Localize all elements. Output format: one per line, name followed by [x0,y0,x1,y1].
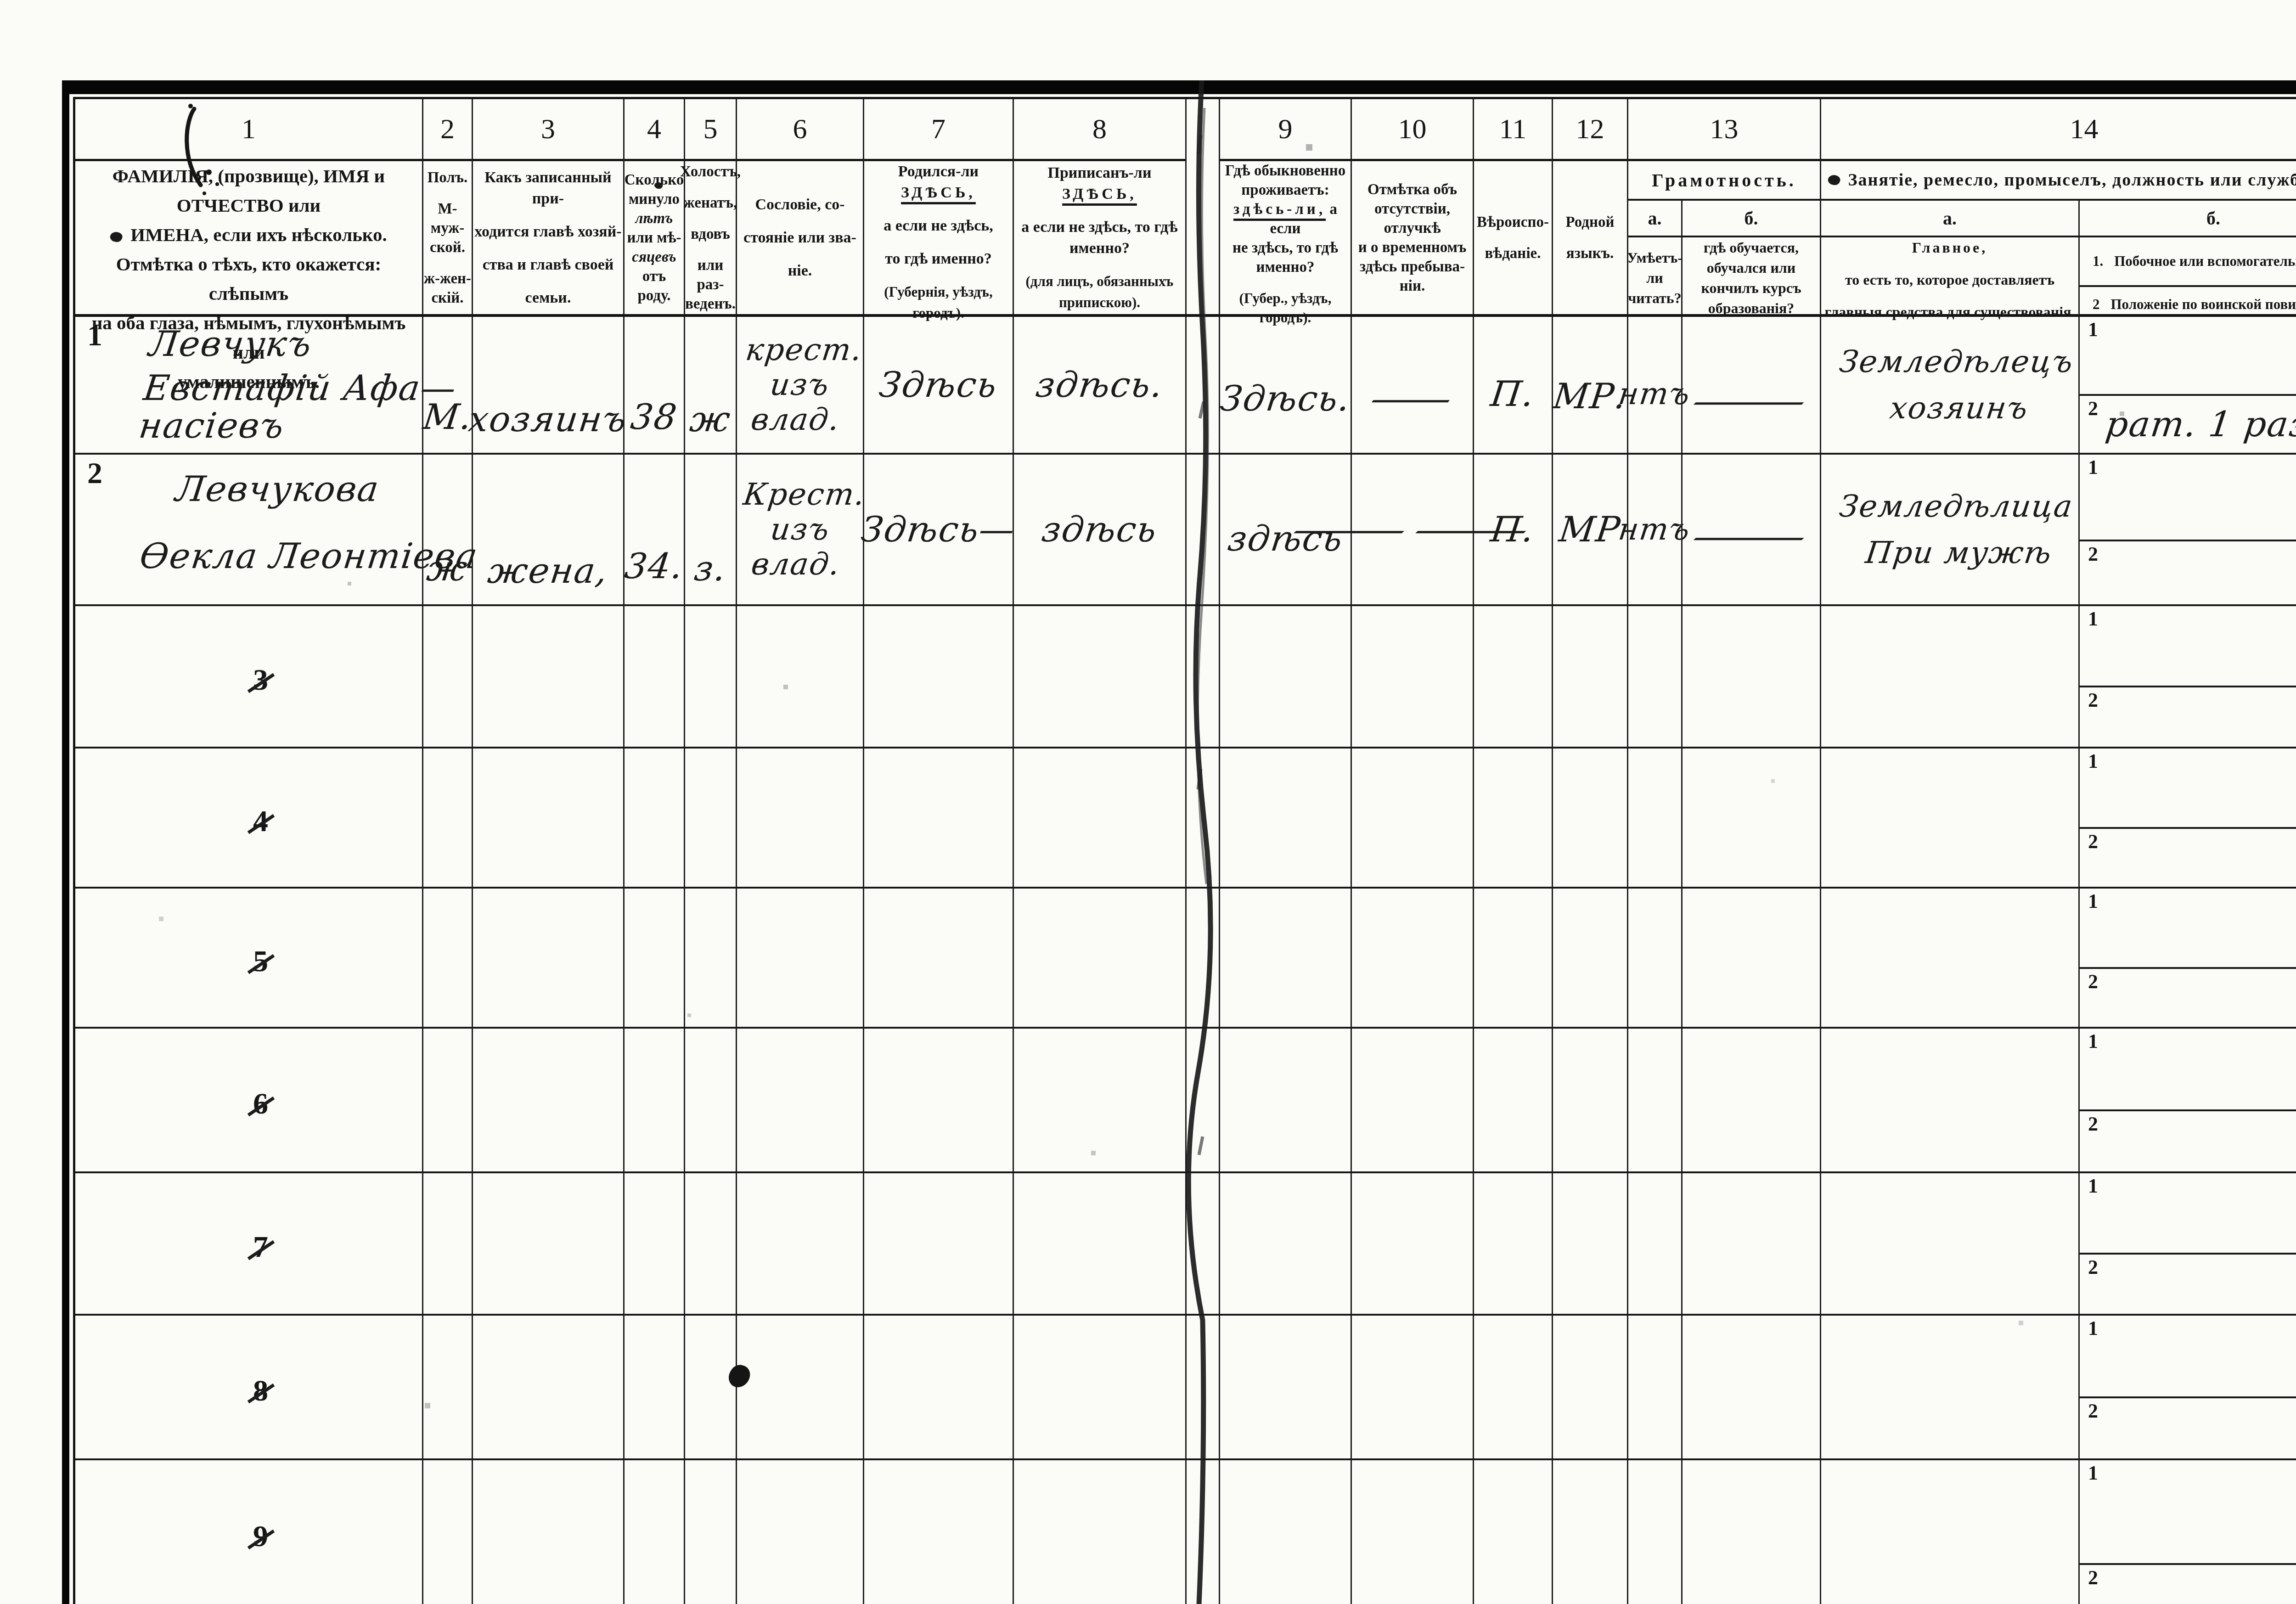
sub-col-b-label: б. [2080,201,2296,237]
table-row: 4 1 2 [75,749,2296,889]
header-col-4: 4 Сколько минуло лѣтъ или мѣ- сяцевъ отъ… [625,99,685,317]
cell-absence [1352,889,1474,1029]
cell-occupation-a: Земледѣлица При мужѣ [1821,455,2080,604]
cell-occupation-b: 1 2 рат. 1 раз. [2080,317,2296,453]
cell-occupation-b: 1 2 [2080,1029,2296,1171]
cell-occupation-b: 1 2 [2080,455,2296,604]
header-text: ніе. [788,260,812,281]
header-text: кончилъ курсъ [1701,278,1801,298]
cell-absence [1352,1460,1474,1604]
header-text: ж-жен- [424,269,471,288]
cell-occupation: Земледѣлецъ хозяинъ 1 2 рат. 1 раз. [1821,317,2296,455]
cell-literacy [1628,1460,1821,1604]
subrow-number: 1 [2088,320,2098,340]
header-text: Родился-ли [898,163,979,180]
header-text: не здѣсь, то гдѣ [1232,238,1338,258]
binding-fold-cell [1187,1173,1220,1316]
cell-sex: М. [423,317,473,455]
cell-estate [737,889,864,1029]
group-title-literacy: Грамотность. [1628,161,1820,201]
cell-literacy-b [1683,1316,1820,1458]
cell-occupation: 1 2 [1821,749,2296,889]
cell-literacy-b [1683,749,1820,887]
table-header: 1 ФАМИЛІЯ, (прозвище), ИМЯ и ОТЧЕСТВО ил… [75,99,2296,317]
cell-language [1553,749,1628,889]
cell-occupation-a [1821,1460,2080,1604]
cell-marital [685,1173,737,1316]
cell-sex [423,1460,473,1604]
cell-born: Здѣсь [864,317,1014,455]
header-text: сяцевъ [632,248,676,267]
header-text: Умѣетъ- [1627,248,1683,268]
cell-literacy [1628,606,1821,749]
col-number: 7 [931,113,945,146]
header-text: Приписанъ-ли [1047,164,1151,181]
cell-occupation: 1 2 [1821,1173,2296,1316]
cell-occupation-b: 1 2 [2080,749,2296,887]
header-col-6: 6 Сословіе, со- стояніе или зва- ніе. [737,99,864,317]
cell-religion [1474,1460,1553,1604]
col-number: 6 [793,113,807,146]
cell-sex [423,606,473,749]
binding-fold-header [1187,99,1220,317]
row-number: 7 [253,1232,268,1262]
list-number: 1. [2093,253,2103,270]
cell-literacy-b [1683,889,1820,1027]
subrow-number: 2 [2088,1114,2098,1134]
header-text: Полъ. [428,168,468,187]
table-row: 1 Левчукъ Евстафій Афа— насіевъ М. хозяи… [75,317,2296,455]
subrow-number: 1 [2088,1031,2098,1052]
subrow-number: 1 [2088,1463,2098,1483]
cell-occupation-b: 1 2 [2080,1173,2296,1314]
cell-registered [1014,1460,1187,1604]
cell-relation [473,1316,625,1460]
cell-literacy: нтъ — [1628,317,1821,455]
cell-born [864,1316,1014,1460]
hw-given-name: насіевъ [137,407,454,445]
header-text: женатъ, [684,193,737,213]
cell-age: 38 [625,317,685,455]
cell-name: 5 [75,889,423,1029]
cell-literacy-a [1628,749,1683,887]
cell-occupation-a [1821,749,2080,887]
header-text: Отмѣтка объ [1367,180,1457,199]
header-text: Какъ записанный при- [473,167,623,209]
group-title-occupation: Занятіе, ремесло, промыселъ, должность и… [1821,161,2296,201]
hw-military-status: рат. 1 раз. [2104,405,2296,443]
cell-occupation-b: 1 2 [2080,1316,2296,1458]
cell-resides [1220,606,1352,749]
subcell-military: 2 [2080,687,2296,747]
subcell-military: 2 [2080,829,2296,887]
cell-relation [473,1460,625,1604]
header-text: стояніе или зва- [743,227,856,248]
cell-relation [473,749,625,889]
cell-absence [1352,1316,1474,1460]
table-row: 2 Левчукова Ѳекла Леонтіева ж жена, 34. … [75,455,2296,606]
cell-resides [1220,1316,1352,1460]
subrow-number: 1 [2088,1176,2098,1196]
subrow-number: 2 [2088,1568,2098,1588]
header-text: Положеніе по воинской повинности. [2111,296,2296,313]
cell-registered [1014,606,1187,749]
cell-age [625,606,685,749]
header-text: здѣсь пребыва- [1360,257,1465,276]
cell-registered [1014,1029,1187,1173]
table-row: 5 1 2 [75,889,2296,1029]
cell-relation [473,1029,625,1173]
cell-sex [423,889,473,1029]
cell-born [864,606,1014,749]
cell-relation [473,889,625,1029]
header-col-10: 10 Отмѣтка объ отсутствіи, отлучкѣ и о в… [1352,99,1474,317]
subcell-secondary: 1 [2080,889,2296,969]
header-text: отсутствіи, отлучкѣ [1352,199,1473,238]
cell-name: 6 [75,1029,423,1173]
cell-language [1553,606,1628,749]
hw-surname: Левчукъ [147,325,464,363]
header-text: обучался или [1707,258,1795,278]
cell-sex [423,1173,473,1316]
cell-occupation-a: Земледѣлецъ хозяинъ [1821,317,2080,453]
cell-absence [1352,749,1474,889]
subrow-number: 2 [2088,690,2098,710]
header-text: ской. [430,238,465,257]
cell-marital: з. [685,455,737,606]
header-text: именно? [1069,238,1130,259]
header-text: а если не здѣсь, то гдѣ [1021,217,1177,238]
row-number: 8 [253,1376,268,1406]
cell-literacy-a [1628,1173,1683,1314]
cell-language [1553,1460,1628,1604]
cell-literacy-a [1628,1316,1683,1458]
header-text-underlined: здѣсь-ли, [1233,201,1326,218]
header-text: лѣтъ [635,209,673,228]
header-text: ФАМИЛІЯ, (прозвище), ИМЯ и ОТЧЕСТВО или [75,161,422,220]
cell-religion: П. [1474,455,1553,606]
table-row: 8 1 2 [75,1316,2296,1460]
header-col-9: 9 Гдѣ обыкновенно проживаетъ: здѣсь-ли, … [1220,99,1352,317]
cell-language: МР [1553,455,1628,606]
header-text: ніи. [1400,276,1425,296]
subcell-secondary: 1 [2080,1460,2296,1565]
row-number: 6 [253,1089,268,1119]
header-text: языкъ. [1566,244,1614,263]
subcell-secondary: 1 [2080,1029,2296,1111]
cell-registered: здѣсь [1014,455,1187,606]
cell-estate [737,1173,864,1316]
cell-absence [1352,606,1474,749]
binding-fold-cell [1187,749,1220,889]
cell-resides [1220,1460,1352,1604]
cell-literacy-a [1628,889,1683,1027]
header-text: Вѣроиспо- [1477,213,1549,232]
subcell-military: 2 [2080,1565,2296,1604]
cell-sex [423,1029,473,1173]
header-text: Побочное или вспомогательное. [2114,253,2296,270]
cell-marital [685,1029,737,1173]
subcell-military: 2 [2080,1255,2296,1314]
cell-resides [1220,1029,1352,1173]
cell-born [864,1029,1014,1173]
cell-religion [1474,1173,1553,1316]
cell-literacy-a: нтъ [1628,455,1683,604]
cell-born [864,1173,1014,1316]
cell-name: 7 [75,1173,423,1316]
cell-born [864,889,1014,1029]
cell-age [625,889,685,1029]
binding-fold-cell [1187,606,1220,749]
cell-name: 9 [75,1460,423,1604]
cell-estate [737,1316,864,1460]
row-number: 3 [253,665,268,695]
cell-name: 3 [75,606,423,749]
header-col-3: 3 Какъ записанный при- ходится главѣ хоз… [473,99,625,317]
subrow-number: 1 [2088,891,2098,912]
cell-occupation-b: 1 2 [2080,1460,2296,1604]
header-text: веденъ. [685,294,736,314]
cell-occupation: 1 2 [1821,1460,2296,1604]
cell-registered [1014,889,1187,1029]
census-form-page: 1 ФАМИЛІЯ, (прозвище), ИМЯ и ОТЧЕСТВО ил… [0,0,2296,1604]
cell-literacy-b [1683,1460,1820,1604]
col-number: 11 [1499,113,1527,146]
cell-occupation: 1 2 [1821,1316,2296,1460]
cell-name: 1 Левчукъ Евстафій Афа— насіевъ [75,317,423,455]
cell-age [625,749,685,889]
binding-fold-cell [1187,1029,1220,1173]
cell-sex [423,749,473,889]
subcell-military: 2 [2080,1111,2296,1171]
header-text-underlined: ЗДѢСЬ, [1062,186,1137,203]
col-number: 1 [242,113,256,146]
binding-fold-cell [1187,1460,1220,1604]
header-text: вѣданіе. [1485,244,1541,263]
list-number: 2 [2093,296,2100,313]
subcell-secondary: 1 [2080,455,2296,541]
cell-estate: Крест. изъ влад. [737,455,864,606]
subcell-military: 2 [2080,1398,2296,1458]
cell-age: 34. [625,455,685,606]
cell-relation: хозяинъ [473,317,625,455]
cell-occupation-b: 1 2 [2080,606,2296,747]
cell-literacy-b: — [1683,455,1820,604]
header-text: Сословіе, со- [755,194,844,215]
cell-resides [1220,889,1352,1029]
cell-literacy-b: — [1683,317,1820,453]
header-col-8: 8 Приписанъ-ли ЗДѢСЬ, а если не здѣсь, т… [1014,99,1187,317]
header-text: и о временномъ [1358,238,1467,257]
cell-registered [1014,1173,1187,1316]
subrow-number: 2 [2088,832,2098,852]
cell-estate [737,1460,864,1604]
cell-occupation-a [1821,889,2080,1027]
header-col-13: 13 Грамотность. а. Умѣетъ- ли читать? [1628,99,1821,317]
subrow-number: 2 [2088,1401,2098,1421]
col-number: 8 [1092,113,1107,146]
sub-col-a-label: а. [1628,201,1681,237]
header-text: проживаетъ: [1241,180,1329,200]
cell-literacy-a [1628,1029,1683,1171]
row-number: 1 [87,321,102,351]
cell-resides [1220,1173,1352,1316]
binding-fold-cell [1187,317,1220,455]
cell-religion: П. [1474,317,1553,455]
subcell-secondary: 1 [2080,749,2296,829]
table-row: 7 1 2 [75,1173,2296,1316]
subrow-number: 1 [2088,1318,2098,1339]
header-text: или раз- [685,256,736,294]
col-number: 10 [1398,113,1427,146]
cell-absence: — [1352,317,1474,455]
header-text: ИМЕНА, если ихъ нѣсколько. [130,224,387,245]
cell-born: Здѣсь— [864,455,1014,606]
cell-age [625,1316,685,1460]
cell-born [864,749,1014,889]
cell-literacy-a [1628,1460,1683,1604]
header-text: скій. [431,288,463,308]
cell-occupation-a [1821,1029,2080,1171]
header-text: то есть то, которое доставляетъ [1845,270,2054,290]
header-text: вдовъ [691,225,730,244]
cell-estate [737,606,864,749]
header-text-underlined: ЗДѢСЬ, [901,184,976,201]
cell-language [1553,1173,1628,1316]
header-text: отъ роду. [625,267,684,305]
subcell-secondary: 1 [2080,606,2296,687]
cell-marital [685,1316,737,1460]
cell-marital [685,889,737,1029]
cell-language: МР. [1553,317,1628,455]
binding-fold-cell [1187,1316,1220,1460]
subrow-number: 1 [2088,457,2098,478]
cell-age [625,1029,685,1173]
table-row: 9 1 2 [75,1460,2296,1604]
cell-relation: жена, [473,455,625,606]
header-text: гдѣ обучается, [1704,237,1799,258]
cell-estate [737,1029,864,1173]
cell-religion [1474,606,1553,749]
cell-literacy [1628,889,1821,1029]
cell-born [864,1460,1014,1604]
header-col-12: 12 Родной языкъ. [1553,99,1628,317]
paper-specks [0,0,1,1]
cell-occupation: Земледѣлица При мужѣ 1 2 [1821,455,2296,606]
cell-sex: ж [423,455,473,606]
header-text: минуло [629,190,680,209]
cell-marital [685,749,737,889]
header-text: именно? [1256,258,1314,277]
header-text: Отмѣтка о тѣхъ, кто окажется: слѣпымъ [75,249,422,308]
col-number: 13 [1710,113,1739,146]
cell-language [1553,1029,1628,1173]
cell-religion [1474,1316,1553,1460]
subcell-military: 2 [2080,541,2296,604]
cell-resides [1220,749,1352,889]
subrow-number: 2 [2088,1257,2098,1278]
cell-religion [1474,1029,1553,1173]
cell-language [1553,1316,1628,1460]
header-text: Родной [1565,213,1614,232]
cell-occupation: 1 2 [1821,606,2296,749]
subcell-military: 2 рат. 1 раз. [2080,396,2296,453]
subrow-number: 2 [2088,399,2098,419]
cell-marital [685,606,737,749]
header-text: М-муж- [423,199,472,238]
cell-occupation-a [1821,1173,2080,1314]
cell-registered [1014,749,1187,889]
cell-religion [1474,749,1553,889]
cell-marital [685,1460,737,1604]
cell-religion [1474,889,1553,1029]
header-col-2: 2 Полъ. М-муж- ской. ж-жен- скій. [423,99,473,317]
cell-literacy-b [1683,1029,1820,1171]
subcell-secondary: 1 [2080,317,2296,396]
col-number: 12 [1576,113,1604,146]
subcell-secondary: 1 [2080,1316,2296,1398]
row-number: 5 [253,946,268,977]
cell-literacy-a: нтъ [1628,317,1683,453]
header-text: то гдѣ именно? [885,248,992,270]
cell-literacy [1628,749,1821,889]
header-text: Главное, [1912,237,1988,258]
row-number: 9 [253,1521,268,1552]
cell-occupation-b: 1 2 [2080,889,2296,1027]
cell-occupation-a [1821,606,2080,747]
binding-fold-cell [1187,455,1220,606]
census-table: 1 ФАМИЛІЯ, (прозвище), ИМЯ и ОТЧЕСТВО ил… [62,80,2296,1604]
cell-relation [473,1173,625,1316]
header-text: или мѣ- [627,228,681,248]
header-text: семьи. [525,287,571,309]
header-col-11: 11 Вѣроиспо- вѣданіе. [1474,99,1553,317]
sub-col-b-label: б. [1683,201,1820,237]
header-col-1: 1 ФАМИЛІЯ, (прозвище), ИМЯ и ОТЧЕСТВО ил… [75,99,423,317]
header-text: Гдѣ обыкновенно [1225,161,1346,180]
cell-literacy-b [1683,606,1820,747]
cell-age [625,1460,685,1604]
cell-occupation: 1 2 [1821,889,2296,1029]
cell-literacy [1628,1029,1821,1173]
header-text: а если не здѣсь, [884,215,993,236]
header-text: читать? [1628,288,1681,308]
cell-absence: —— [1352,455,1474,606]
subcell-secondary: 1 [2080,1173,2296,1255]
cell-occupation-a [1821,1316,2080,1458]
cell-literacy [1628,1316,1821,1460]
cell-name: 2 Левчукова Ѳекла Леонтіева [75,455,423,606]
cell-age [625,1173,685,1316]
col-number: 2 [440,113,455,146]
cell-resides: Здѣсь. [1220,317,1352,455]
row-number: 4 [253,806,268,837]
col-number: 5 [703,113,718,146]
cell-language [1553,889,1628,1029]
subrow-number: 2 [2088,544,2098,564]
header-col-14: 14 Занятіе, ремесло, промыселъ, должност… [1821,99,2296,317]
hw-given-name: Евстафій Афа— [141,369,459,407]
cell-registered [1014,1316,1187,1460]
header-col-7: 7 Родился-ли ЗДѢСЬ, а если не здѣсь, то … [864,99,1014,317]
cell-estate: крест. изъ влад. [737,317,864,455]
table-row: 6 1 2 [75,1029,2296,1173]
cell-literacy: нтъ — [1628,455,1821,606]
col-number: 14 [2070,113,2099,146]
row-number: 2 [87,458,102,489]
header-text: ства и главѣ своей [483,254,614,276]
header-text: припискою). [1059,292,1140,313]
